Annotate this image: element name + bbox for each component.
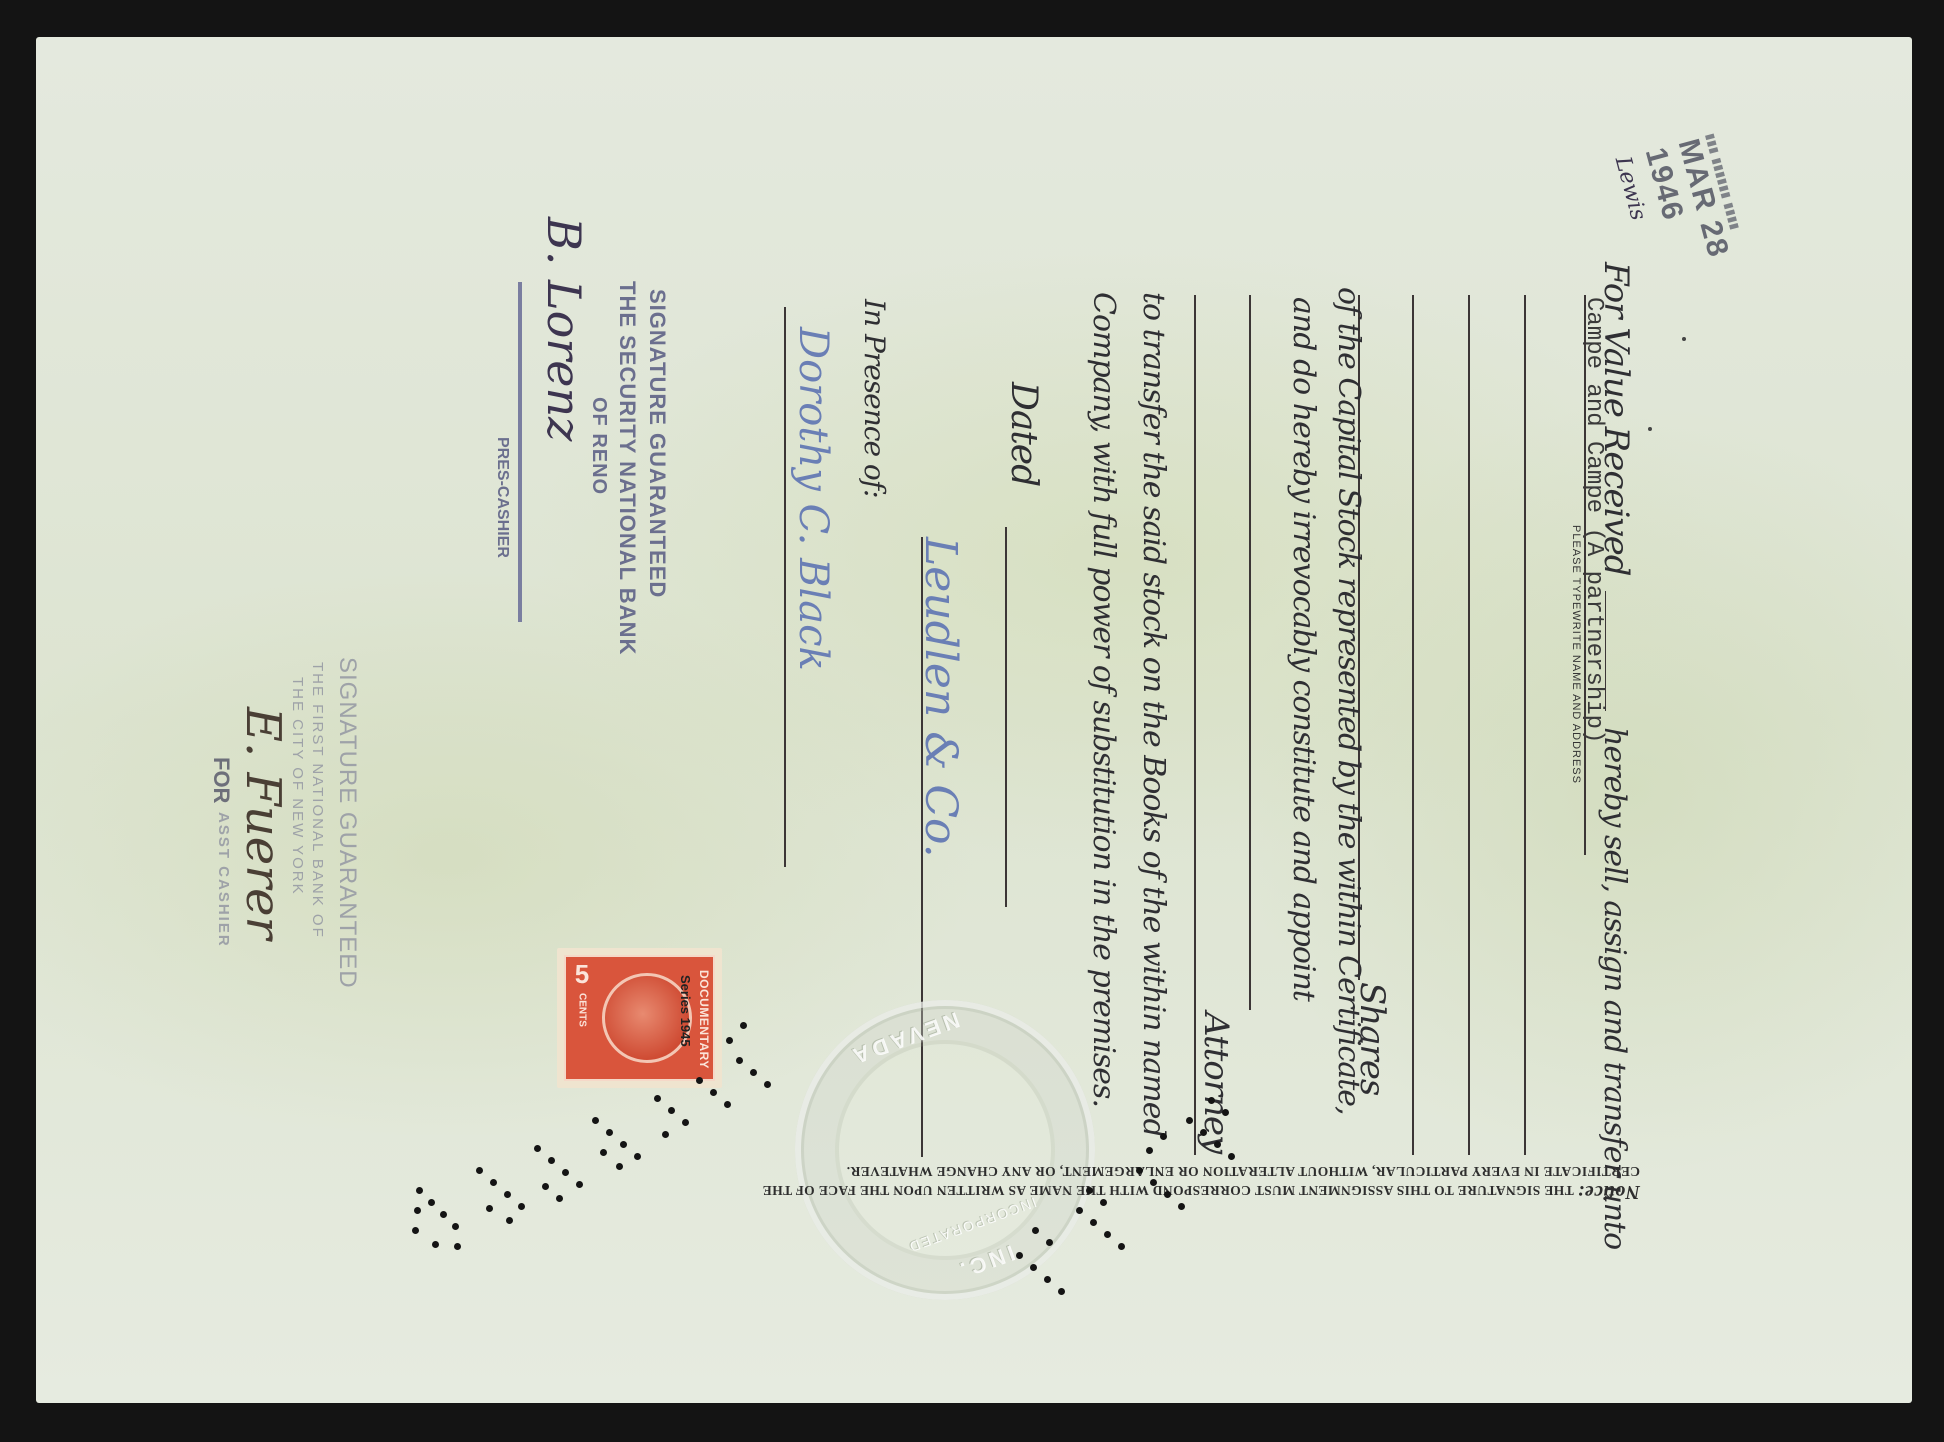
ny-for-label: FOR	[208, 757, 234, 803]
stamp-label: DOCUMENTARY	[693, 959, 711, 1079]
transfer-line: to transfer the said stock on the Books …	[1136, 292, 1171, 1137]
presence-label: In Presence of:	[858, 299, 891, 498]
ny-guarantee-line2: THE FIRST NATIONAL BANK OF	[309, 662, 326, 939]
ny-officer-signature: E. Fuerer	[235, 707, 291, 939]
seal-text-bottom: NEVADA	[846, 1006, 963, 1070]
seal-text-top: INC.	[953, 1239, 1018, 1284]
witness-signature: Dorothy C. Black	[790, 327, 836, 671]
ny-guarantee-line1: SIGNATURE GUARANTEED	[333, 657, 361, 989]
stamp-value: 5	[569, 961, 595, 987]
perforated-stub-edge	[1906, 37, 1912, 1403]
capital-stock-line: of the Capital Stock represented by the …	[1331, 287, 1366, 1115]
assignor-signature: Leudlen & Co.	[915, 537, 966, 858]
documentary-revenue-stamp: 5 CENTS DOCUMENTARY Series 1945	[557, 948, 722, 1088]
dated-label: Dated	[1003, 382, 1044, 486]
address-rule-1	[1524, 295, 1526, 1155]
assignee-rule	[1584, 295, 1586, 855]
pinhole-mark	[1682, 337, 1686, 341]
certificate-paper: ▮▮▮ ▮▮▮▮▮▮ ▮▮▮▮ MAR 28 1946 Lewis For Va…	[36, 37, 1912, 1403]
reno-guarantee-line1: SIGNATURE GUARANTEED	[644, 289, 670, 598]
stamp-unit: CENTS	[577, 993, 588, 1027]
notice-body: THE SIGNATURE TO THIS ASSIGNMENT MUST CO…	[762, 1164, 1640, 1198]
notice-text-block: Notice: THE SIGNATURE TO THIS ASSIGNMENT…	[740, 1162, 1640, 1201]
seal-text-middle: INCORPORATED	[906, 1194, 1039, 1255]
attorney-rule	[1249, 295, 1251, 1010]
constitute-line: and do hereby irrevocably constitute and…	[1286, 297, 1321, 1001]
reno-signature-rule	[518, 282, 522, 622]
pinhole-mark	[1648, 427, 1652, 431]
dated-rule	[1005, 527, 1007, 907]
pinhole-mark	[1604, 957, 1608, 961]
company-line: Company, with full power of substitution…	[1086, 292, 1121, 1107]
stamp-value-box: 5 CENTS	[569, 961, 595, 1033]
attorney-rule-2	[1194, 295, 1196, 1155]
ny-officer-title: ASST CASHIER	[215, 812, 232, 948]
address-rule-2	[1468, 295, 1470, 1155]
witness-rule	[784, 307, 786, 867]
address-rule-3	[1412, 295, 1414, 1155]
ny-guarantee-line3: THE CITY OF NEW YORK	[289, 677, 306, 896]
reno-officer-title: PRES-CASHIER	[493, 437, 511, 558]
notice-lead: Notice:	[1577, 1181, 1640, 1203]
assignee-instruction-label: PLEASE TYPEWRITE NAME AND ADDRESS	[1570, 525, 1582, 784]
embossed-corporate-seal: INC. INCORPORATED NEVADA	[795, 1000, 1095, 1300]
reno-guarantee-line2: THE SECURITY NATIONAL BANK	[614, 281, 640, 655]
reno-officer-signature: B. Lorenz	[537, 217, 591, 441]
stamp-overprint: Series 1945	[678, 975, 693, 1047]
